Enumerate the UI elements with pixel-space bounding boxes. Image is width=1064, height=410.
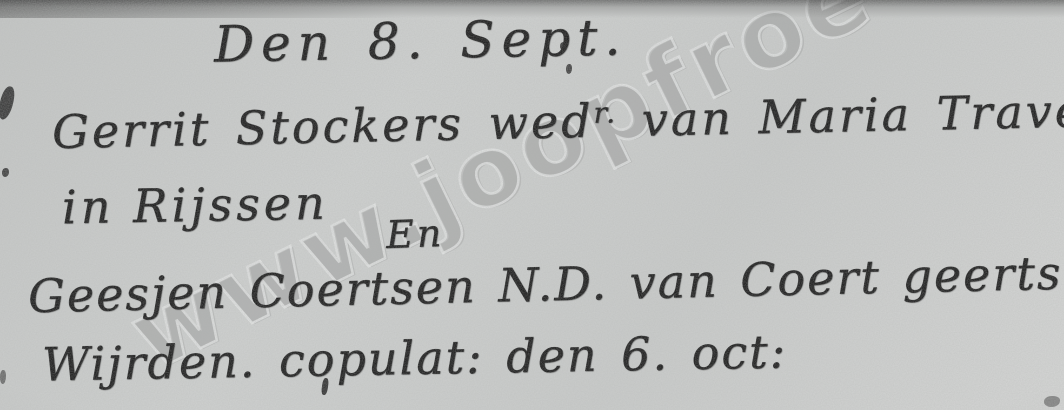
- scanned-marriage-record: www.joopfroe Den 8. Sept. Gerrit Stocker…: [0, 0, 1064, 410]
- record-line-groom: Gerrit Stockers wedr. van Maria Traves: [52, 83, 1064, 159]
- ink-speck: [1044, 396, 1060, 407]
- groom-line-superscript: r.: [593, 96, 617, 129]
- record-line-bride: Geesjen Coertsen N.D. van Coert geertsen…: [28, 243, 1064, 323]
- scan-edge-shadow: [0, 0, 1064, 18]
- record-line-conjunction: En: [385, 211, 445, 257]
- record-line-date: Den 8. Sept.: [214, 8, 628, 73]
- groom-line-prefix: Gerrit Stockers wed: [52, 94, 595, 159]
- groom-line-suffix: van Maria Traves: [617, 83, 1064, 147]
- record-line-groom-place: in Rijssen: [62, 176, 330, 235]
- ink-speck: [2, 168, 9, 177]
- ink-speck: [0, 370, 6, 384]
- record-line-bride-place: Wijrden. copulat: den 6. oct:: [42, 325, 788, 392]
- ink-speck: [0, 85, 16, 121]
